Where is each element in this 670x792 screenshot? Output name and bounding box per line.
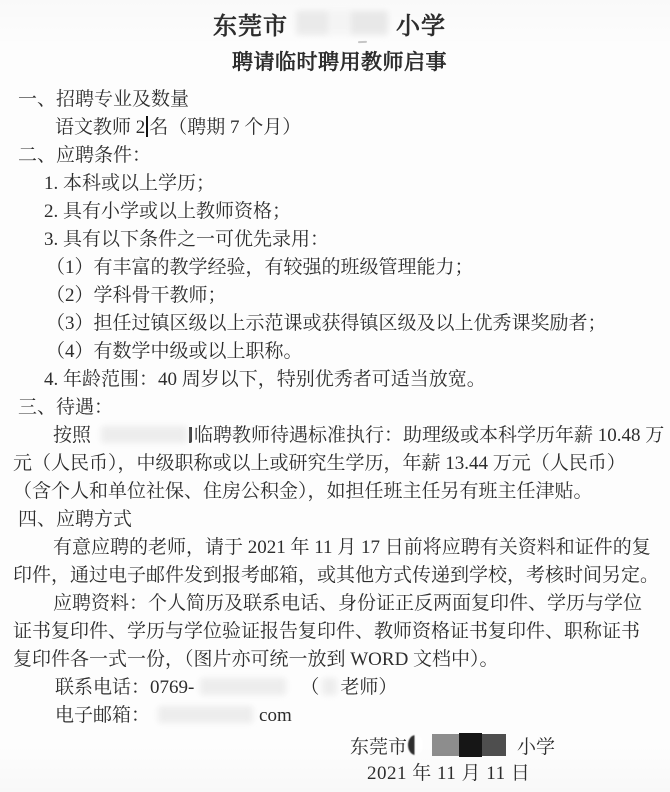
scan-artifact-dash — [358, 41, 367, 43]
condition-item-1: 1. 本科或以上学历； — [44, 170, 670, 198]
phone-prefix: 0769- — [150, 677, 194, 698]
recruit-quantity-line[interactable]: 语文教师 2名（聘期 7 个月） — [55, 114, 670, 142]
phone-label: 联系电话： — [55, 677, 150, 698]
text-cursor — [146, 116, 148, 137]
redaction-school-name — [296, 11, 388, 35]
treatment-text-before: 按照 — [53, 425, 91, 446]
document-subtitle: 聘请临时聘用教师启事 — [232, 46, 670, 78]
priority-subitem-3: （3）担任过镇区级以上示范课或获得镇区级及以上优秀课奖励者； — [46, 310, 670, 338]
materials-paragraph-line-2: 证书复印件、学历与学位验证报告复印件、教师资格证书复印件、职称证书 — [13, 618, 670, 646]
treatment-paragraph-line-3: （含个人和单位社保、住房公积金），如担任班主任另有班主任津贴。 — [13, 478, 670, 506]
treatment-paragraph-line-1: 按照临聘教师待遇标准执行：助理级或本科学历年薪 10.48 万 — [53, 422, 670, 450]
materials-paragraph-line-1: 应聘资料：个人简历及联系电话、身份证正反两面复印件、学历与学位 — [53, 590, 670, 618]
section-2-heading: 二、应聘条件： — [18, 142, 670, 170]
title-suffix: 小学 — [396, 6, 446, 41]
treatment-text-after: 临聘教师待遇标准执行：助理级或本科学历年薪 10.48 万 — [194, 425, 664, 446]
apply-paragraph-line-2: 印件，通过电子邮件发到报考邮箱，或其他方式传递到学校，考核时间另定。 — [13, 562, 670, 590]
contact-email-line: 电子邮箱：com — [55, 702, 670, 730]
signature-line: 东莞市 小学 — [350, 730, 670, 760]
redaction-standard-name — [101, 426, 187, 443]
section-1-heading: 一、招聘专业及数量 — [18, 86, 670, 114]
title-prefix: 东莞市 — [213, 6, 288, 41]
recruit-text-before-cursor: 语文教师 2 — [55, 117, 145, 138]
redaction-block-black — [459, 733, 482, 757]
redaction-block-dark — [482, 734, 506, 756]
phone-paren-open: （ — [300, 677, 319, 698]
document-title: 东莞市 小学 — [213, 8, 670, 38]
recruit-text-after-cursor: 名（聘期 7 个月） — [149, 117, 301, 138]
priority-subitem-2: （2）学科骨干教师； — [46, 282, 670, 310]
priority-subitem-4: （4）有数学中级或以上职称。 — [46, 338, 670, 366]
treatment-paragraph-line-2: 元（人民币），中级职称或以上或研究生学历，年薪 13.44 万元（人民币） — [13, 450, 670, 478]
condition-item-3: 3. 具有以下条件之一可优先录用： — [44, 226, 670, 254]
signature-date: 2021 年 11 月 11 日 — [367, 760, 670, 788]
condition-item-2: 2. 具有小学或以上教师资格； — [44, 198, 670, 226]
email-label: 电子邮箱： — [55, 705, 150, 726]
document-page[interactable]: 东莞市 小学 聘请临时聘用教师启事 一、招聘专业及数量 语文教师 2名（聘期 7… — [0, 0, 670, 792]
contact-phone-line: 联系电话：0769-（老师） — [55, 674, 670, 702]
redaction-block-gray — [432, 734, 459, 756]
document-body: 一、招聘专业及数量 语文教师 2名（聘期 7 个月） 二、应聘条件： 1. 本科… — [0, 86, 670, 788]
phone-teacher-suffix: 老师） — [340, 677, 397, 698]
redaction-email-address — [158, 706, 253, 723]
redaction-crescent-mark — [408, 735, 423, 755]
signature-prefix: 东莞市 — [350, 732, 407, 759]
materials-paragraph-line-3: 复印件各一式一份，（图片亦可统一放到 WORD 文档中）。 — [13, 646, 670, 674]
condition-item-4: 4. 年龄范围：40 周岁以下，特别优秀者可适当放宽。 — [44, 366, 670, 394]
redaction-teacher-surname — [322, 678, 337, 695]
apply-paragraph-line-1: 有意应聘的老师，请于 2021 年 11 月 17 日前将应聘有关资料和证件的复 — [53, 534, 670, 562]
priority-subitem-1: （1）有丰富的教学经验，有较强的班级管理能力； — [46, 254, 670, 282]
redaction-phone-number — [200, 678, 286, 695]
section-4-heading: 四、应聘方式 — [18, 506, 670, 534]
scan-ink-mark — [189, 427, 192, 443]
signature-suffix: 小学 — [517, 732, 555, 759]
email-visible-suffix: com — [259, 705, 292, 726]
section-3-heading: 三、待遇： — [18, 394, 670, 422]
